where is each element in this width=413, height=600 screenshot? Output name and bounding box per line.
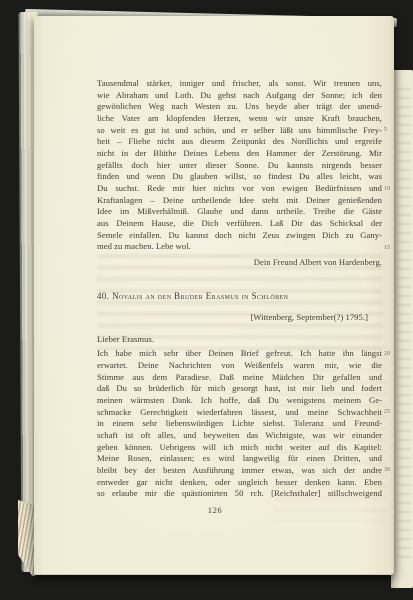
text-line: erwartet. Deine Nachrichten von Weißenfe… [97,360,382,372]
text-line: wie Abraham und Loth. Du gehst nach Aufg… [97,90,382,102]
letter-40-heading: 40. Novalis an den Bruder Erasmus in Sch… [97,291,382,303]
text-line: in einem sehr liebenswürdigen Lichte sie… [97,418,382,430]
text-line: meinen wärmsten Dank. Ich hoffe, daß Du … [97,395,382,407]
next-page-edge [391,70,413,588]
letter-40-body: Ich habe mich sehr über Deinen Brief gef… [97,348,382,500]
text-line: Ich habe mich sehr über Deinen Brief gef… [97,348,382,360]
letter-39-last-line: med zu machen. Lebe wol. [97,241,382,253]
text-line: daß Du so brüderlich für mich gesorgt ha… [97,383,382,395]
text-line: Stimme aus dem Paradiese. Daß meine Mädc… [97,372,382,384]
letter-39-signature: Dein Freund Albert von Hardenberg. [97,257,382,269]
text-line: geben können. Uebrigens will ich mich ni… [97,442,382,454]
text-block: Tausendmal stärker, inniger und frischer… [97,78,382,500]
book-page: Tausendmal stärker, inniger und frischer… [34,16,394,574]
margin-line-number: 5 [384,127,406,133]
book-photo: Tausendmal stärker, inniger und frischer… [0,0,413,600]
text-line: nicht in der Blüthe Deines Lebens den Ha… [97,148,382,160]
text-line: Kraftanlagen – Deine urtheilende Idee st… [97,195,382,207]
text-line: Tausendmal stärker, inniger und frischer… [97,78,382,90]
letter-39-body: Tausendmal stärker, inniger und frischer… [97,78,382,241]
letter-40-salutation: Lieber Erasmus. [97,334,382,346]
text-line: heit – Fliehe nicht aus diesem Zeitpunkt… [97,136,382,148]
margin-line-number: 15 [384,245,406,251]
margin-line-number: 10 [384,186,406,192]
margin-line-number: 20 [384,351,406,357]
text-line: finden und wenn Du glauben willst, so fi… [97,171,382,183]
text-line: Idee im Mißverhältniß. Glaube und dann u… [97,206,382,218]
text-line: aus Deinem Hause, die Dich verführen. La… [97,218,382,230]
text-line: Semele einfallen. Du kannst doch nicht Z… [97,230,382,242]
letter-40-dateline: [Wittenberg, September(?) 1795.] [97,312,382,324]
text-line: schmacke Gerechtigkeit wiederfahren läss… [97,407,382,419]
text-line: schaft ist oft alles, und beyweiten das … [97,430,382,442]
text-line: Du suchst. Rede mir hier nichts vor von … [97,183,382,195]
next-page-bleed-through [397,88,411,558]
text-line: gefällts doch hier unter dieser Sonne. D… [97,160,382,172]
margin-line-number: 30 [384,467,406,473]
margin-line-number: 25 [384,409,406,415]
text-line: Meine Rosen, einlassen; es wird langweil… [97,453,382,465]
text-line: so weit es gut ist und schön, und er sel… [97,125,382,137]
text-line: so erlaube mir die quästionirten 50 rch.… [97,488,382,500]
text-line: bleibt bey der besten Ausführung immer e… [97,465,382,477]
page-number: 126 [97,505,333,515]
text-line: liche Vater am klopfenden Herzen, wenn w… [97,113,382,125]
text-line: gewönlichen Weg nach Westen zu. Uns beyd… [97,101,382,113]
text-line: entweder gar nicht denken, oder ungleich… [97,477,382,489]
